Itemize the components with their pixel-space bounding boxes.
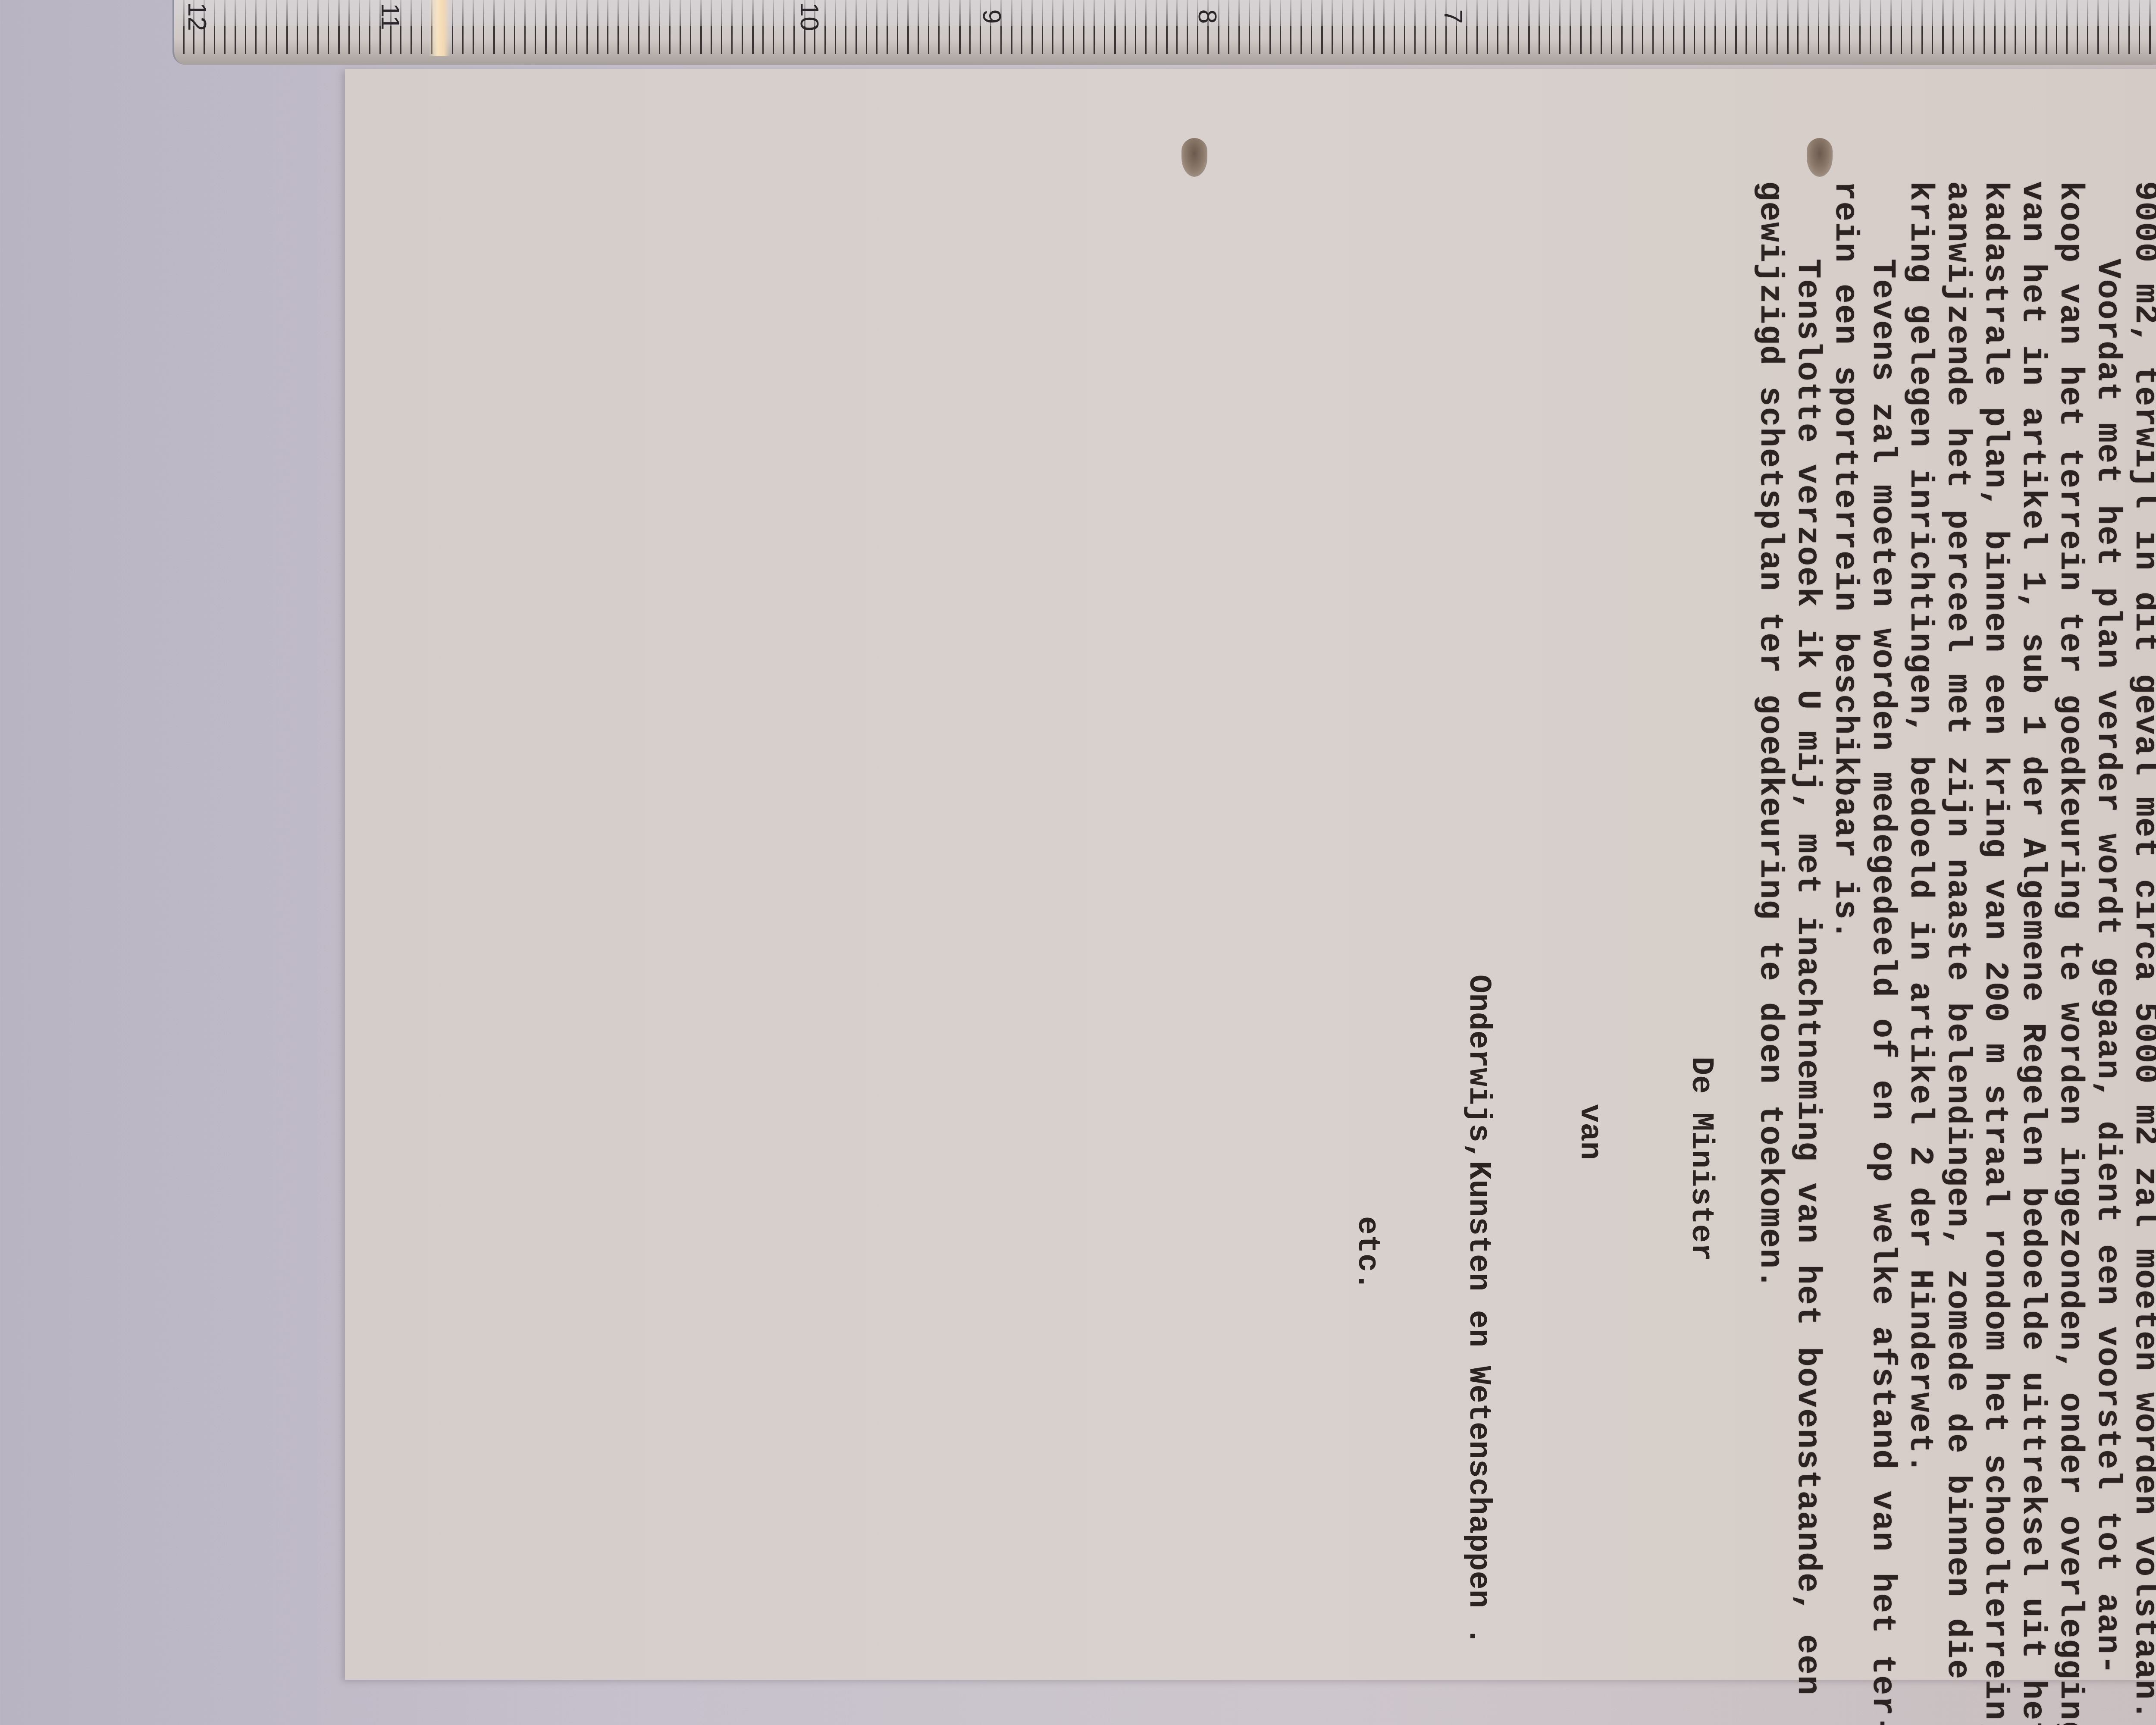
letter-line: rein een sportterrein beschikbaar is.	[1826, 181, 1864, 1604]
top-ruler: 12 11 10 9 8 7	[172, 0, 2156, 65]
letter-line: Tenslotte verzoek ik U mij, met inachtne…	[1789, 181, 1826, 1604]
letter-line: Tevens zal moeten worden medegedeeld of …	[1864, 181, 1901, 1604]
letter-line: koop van het terrein ter goedkeuring te …	[2051, 181, 2089, 1604]
ruler-label: 8	[1193, 9, 1222, 24]
light-glare	[429, 0, 450, 56]
ruler-ticks	[183, 0, 2156, 54]
ruler-label: 10	[795, 2, 824, 31]
letter-body: Met het oog op de van overheidswege voor…	[1751, 181, 2156, 1604]
letter-line: aanwijzende het perceel met zijn naaste …	[1939, 181, 1976, 1604]
ruler-label: 11	[376, 3, 405, 30]
letter-line: van het in artikel 1, sub 1 der Algemene…	[2014, 181, 2051, 1604]
ruler-label: 9	[977, 9, 1007, 24]
letter-line: Voordat met het plan verder wordt gegaan…	[2089, 181, 2126, 1604]
ruler-label: 7	[1438, 9, 1468, 24]
letter-line: 9000 m2, terwijl in dit geval met circa …	[2126, 181, 2156, 1604]
signature-ministry: Onderwijs,Kunsten en Wetenschappen .	[1460, 975, 1497, 1708]
punch-hole	[1807, 138, 1833, 177]
letter-line: kadastrale plan, binnen een kring van 20…	[1976, 181, 2014, 1604]
signature-etc: etc.	[1349, 975, 1386, 1708]
punch-hole	[1181, 138, 1207, 177]
signature-title: De Minister	[1683, 975, 1720, 1708]
signature-block: De Minister van Onderwijs,Kunsten en Wet…	[1312, 975, 1794, 1708]
ruler-label: 12	[182, 2, 212, 31]
letter-line: kring gelegen inrichtingen, bedoeld in a…	[1901, 181, 1939, 1604]
signature-van: van	[1571, 975, 1608, 1708]
